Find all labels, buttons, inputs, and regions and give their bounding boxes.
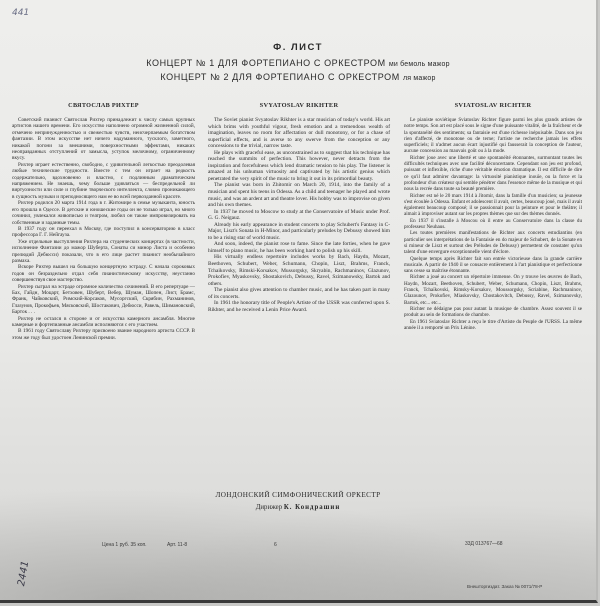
paragraph: В 1961 году Святославу Рихтеру присвоено… [12,328,195,341]
conductor-name: К. Кондрашин [284,504,340,511]
paragraph: Рихтер родился 20 марта 1914 года в г. Ж… [12,200,195,226]
composer-name: Ф. ЛИСТ [0,42,596,53]
concerto-1-title: КОНЦЕРТ № 1 ДЛЯ ФОРТЕПИАНО С ОРКЕСТРОМ [146,58,386,68]
record-sleeve-back: 441 2441 Ф. ЛИСТ КОНЦЕРТ № 1 ДЛЯ ФОРТЕПИ… [0,0,598,603]
paragraph: Richter est né le 20 mars 1914 à Jitomir… [404,193,582,218]
price-text: Цена 1 руб. 35 коп. [102,542,147,548]
paragraph: Рихтер не остался в стороне и от искусст… [12,316,195,329]
paragraph: Quelque temps après Richter fait son ent… [404,256,582,275]
paragraph: Вскоре Рихтер вышел на большую концертну… [12,264,195,283]
concerto-1-key: ми бемоль мажор [389,61,450,68]
column-body: Le pianiste soviétique Sviatoslav Richte… [404,117,582,331]
credits-block: ЛОНДОНСКИЙ СИМФОНИЧЕСКИЙ ОРКЕСТР Дирижер… [0,491,596,511]
title-block: Ф. ЛИСТ КОНЦЕРТ № 1 ДЛЯ ФОРТЕПИАНО С ОРК… [0,42,596,85]
column-russian: СВЯТОСЛАВ РИХТЕР Советский пианист Свято… [12,102,195,341]
paragraph: Le pianiste soviétique Sviatoslav Richte… [404,117,582,155]
article-number: Арт. 11-8 [167,542,187,548]
paragraph: В 1937 году он переехал в Москву, где по… [12,226,195,239]
conductor-line: Дирижер К. Кондрашин [0,504,596,511]
concerto-title-1: КОНЦЕРТ № 1 ДЛЯ ФОРТЕПИАНО С ОРКЕСТРОМ м… [0,57,596,71]
paragraph: The Soviet pianist Svyatoslav Rikhter is… [208,117,390,150]
column-heading: SVYATOSLAV RIKHTER [208,102,390,109]
printer-imprint: Внешторгиздат. Заказ № 0071/78-Р [467,584,542,589]
paragraph: Советский пианист Святослав Рихтер прина… [12,117,195,162]
paragraph: In 1937 he moved to Moscow to study at t… [208,209,390,222]
paragraph: The pianist also gives attention to cham… [208,287,390,300]
conductor-label: Дирижер [256,504,282,511]
paragraph: Les toutes premières manifestations de R… [404,230,582,255]
column-body: The Soviet pianist Svyatoslav Rikhter is… [208,117,390,313]
paragraph: Already his early appearance in student … [208,222,390,242]
column-body: Советский пианист Святослав Рихтер прина… [12,117,195,341]
paragraph: Richter joue avec une liberté et une spo… [404,155,582,193]
catalog-number: 33Д 013767—68 [465,541,503,547]
paragraph: En 1961 Sviatoslav Richter a reçu le tit… [404,319,582,332]
handwritten-number-top: 441 [12,8,29,18]
paragraph: En 1937 il s'installe à Moscou où il ent… [404,218,582,231]
concerto-2-title: КОНЦЕРТ № 2 ДЛЯ ФОРТЕПИАНО С ОРКЕСТРОМ [160,72,400,82]
paragraph: Уже отдельные выступления Рихтера на сту… [12,239,195,265]
column-french: SVIATOSLAV RICHTER Le pianiste soviétiqu… [404,102,582,331]
paragraph: Рихтер играет естественно, свободно, с у… [12,162,195,200]
column-heading: СВЯТОСЛАВ РИХТЕР [12,102,195,109]
paragraph: In 1961 the honorary title of People's A… [208,300,390,313]
paragraph: Richter a joué au concert un répertoire … [404,274,582,305]
paragraph: His virtually endless repertoire include… [208,254,390,287]
paragraph: Richter ne dédaigne pas pour autant la m… [404,306,582,319]
paragraph: And soon, indeed, the pianist rose to fa… [208,241,390,254]
paragraph: The pianist was born in Zhitomir on Marc… [208,182,390,208]
column-heading: SVIATOSLAV RICHTER [404,102,582,109]
concerto-2-key: ля мажор [403,75,436,82]
orchestra-name: ЛОНДОНСКИЙ СИМФОНИЧЕСКИЙ ОРКЕСТР [0,491,596,499]
paragraph: He plays with graceful ease, as unconstr… [208,150,390,183]
paragraph: Рихтер сыграл на эстраде огромное количе… [12,284,195,316]
column-english: SVYATOSLAV RIKHTER The Soviet pianist Sv… [208,102,390,313]
page-number: 6 [274,542,277,548]
concerto-title-2: КОНЦЕРТ № 2 ДЛЯ ФОРТЕПИАНО С ОРКЕСТРОМ л… [0,71,596,85]
paper-shadow [0,470,596,600]
